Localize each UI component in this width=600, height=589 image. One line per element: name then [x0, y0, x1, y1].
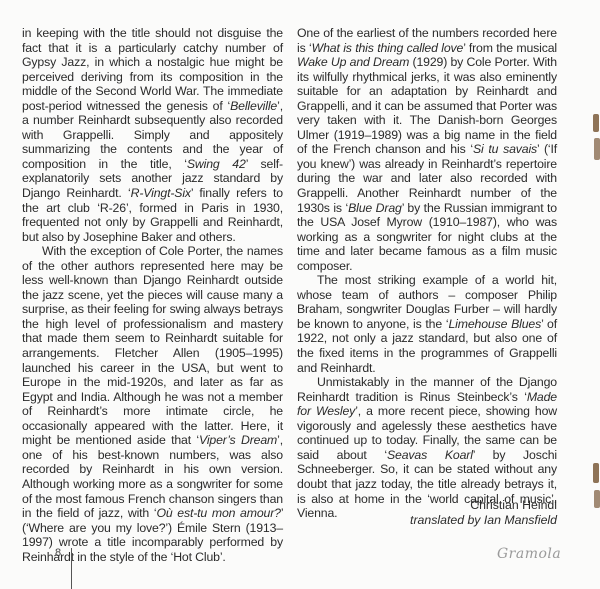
- paragraph: in keeping with the title should not dis…: [22, 26, 283, 244]
- song-title: Swing 42: [187, 157, 246, 171]
- brand-logo: Gramola: [497, 546, 561, 562]
- song-title: Blue Drag: [348, 201, 402, 215]
- song-title: Limehouse Blues: [448, 317, 541, 331]
- paragraph: With the exception of Cole Porter, the n…: [22, 244, 283, 564]
- author-name: Christian Heindl: [410, 498, 557, 513]
- paragraph: One of the earliest of the numbers recor…: [297, 26, 557, 273]
- musical-title: Wake Up and Dream: [297, 55, 409, 69]
- scan-stain: [593, 463, 599, 483]
- song-title: What is this thing called love: [312, 41, 464, 55]
- song-title: Si tu savais: [473, 142, 537, 156]
- left-column: in keeping with the title should not dis…: [22, 26, 283, 564]
- translator-credit: translated by Ian Mansfield: [410, 513, 557, 528]
- scan-stain: [594, 490, 600, 508]
- scan-stain: [593, 114, 599, 132]
- right-column: One of the earliest of the numbers recor…: [297, 26, 557, 521]
- song-title: Seavas Koarl: [387, 448, 473, 462]
- scan-stain: [594, 138, 600, 160]
- song-title: R-Vingt-Six: [131, 186, 191, 200]
- song-title: Belleville: [230, 99, 277, 113]
- song-title: Où est-tu mon amour?: [156, 506, 280, 520]
- footer-divider: [71, 548, 72, 589]
- signature: Christian Heindl translated by Ian Mansf…: [410, 498, 557, 528]
- paragraph: The most striking example of a world hit…: [297, 273, 557, 375]
- booklet-page: in keeping with the title should not dis…: [0, 0, 600, 589]
- page-number: 8: [55, 547, 61, 559]
- song-title: Viper’s Dream: [199, 433, 277, 447]
